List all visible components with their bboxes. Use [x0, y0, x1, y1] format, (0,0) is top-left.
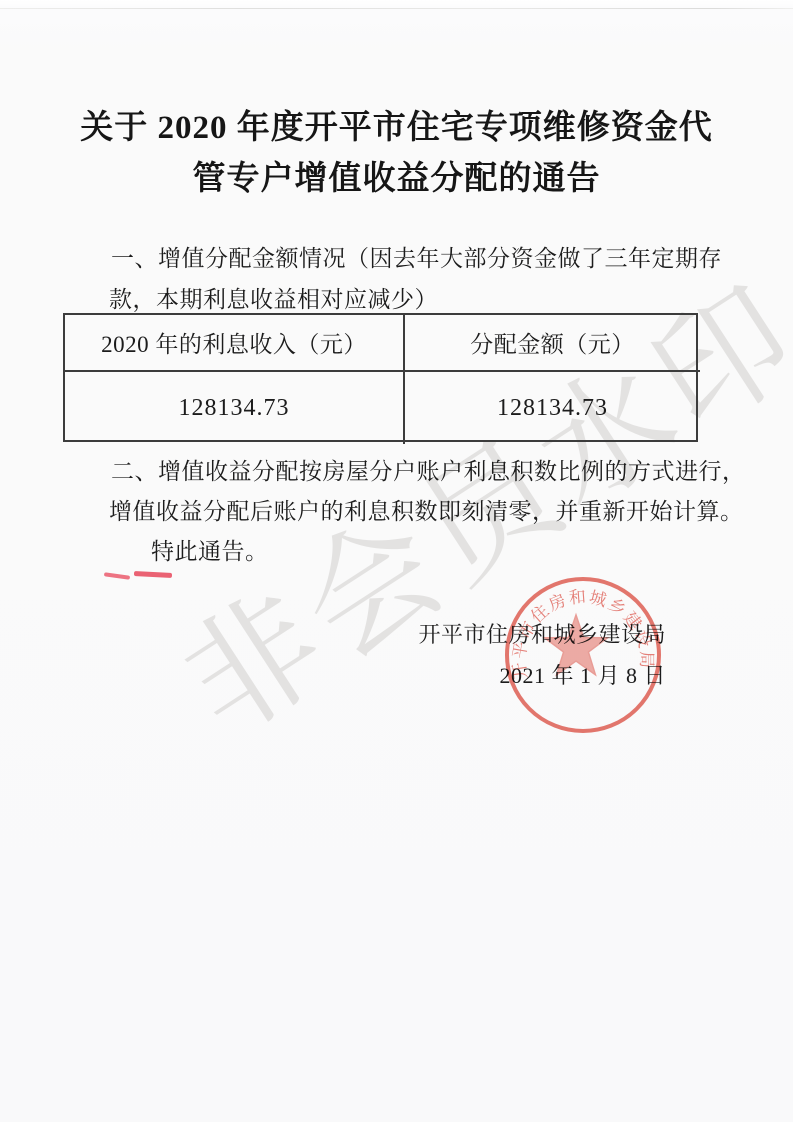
paper-top-edge	[0, 8, 793, 9]
table-value-interest-income: 128134.73	[65, 372, 405, 444]
paragraph-2-line-2: 增值收益分配后账户的利息积数即刻清零，并重新开始计算。	[109, 493, 744, 526]
interest-distribution-table: 2020 年的利息收入（元） 分配金额（元） 128134.73 128134.…	[63, 313, 698, 442]
stamp-star-icon	[545, 615, 608, 675]
red-pen-mark-left	[104, 572, 130, 580]
notice-title-line-1: 关于 2020 年度开平市住宅专项维修资金代	[0, 103, 793, 154]
table-header-interest-income: 2020 年的利息收入（元）	[65, 315, 405, 372]
paragraph-1-line-2: 款，本期利息收益相对应减少）	[109, 281, 438, 314]
paragraph-2-closing: 特此通告。	[151, 533, 269, 566]
official-seal-stamp-icon: 开平市住房和城乡建设局	[495, 567, 671, 743]
notice-title: 关于 2020 年度开平市住宅专项维修资金代 管专户增值收益分配的通告	[0, 103, 793, 205]
paragraph-1-line-1: 一、增值分配金额情况（因去年大部分资金做了三年定期存	[111, 240, 722, 273]
table-value-distribution-amount: 128134.73	[405, 372, 700, 444]
red-pen-mark-right	[134, 571, 172, 578]
scanned-notice-page: 非会员水印 关于 2020 年度开平市住宅专项维修资金代 管专户增值收益分配的通…	[0, 0, 793, 1122]
paragraph-2-line-1: 二、增值收益分配按房屋分户账户利息积数比例的方式进行，	[111, 453, 746, 486]
table-header-distribution-amount: 分配金额（元）	[405, 315, 700, 372]
notice-title-line-2: 管专户增值收益分配的通告	[0, 154, 793, 205]
